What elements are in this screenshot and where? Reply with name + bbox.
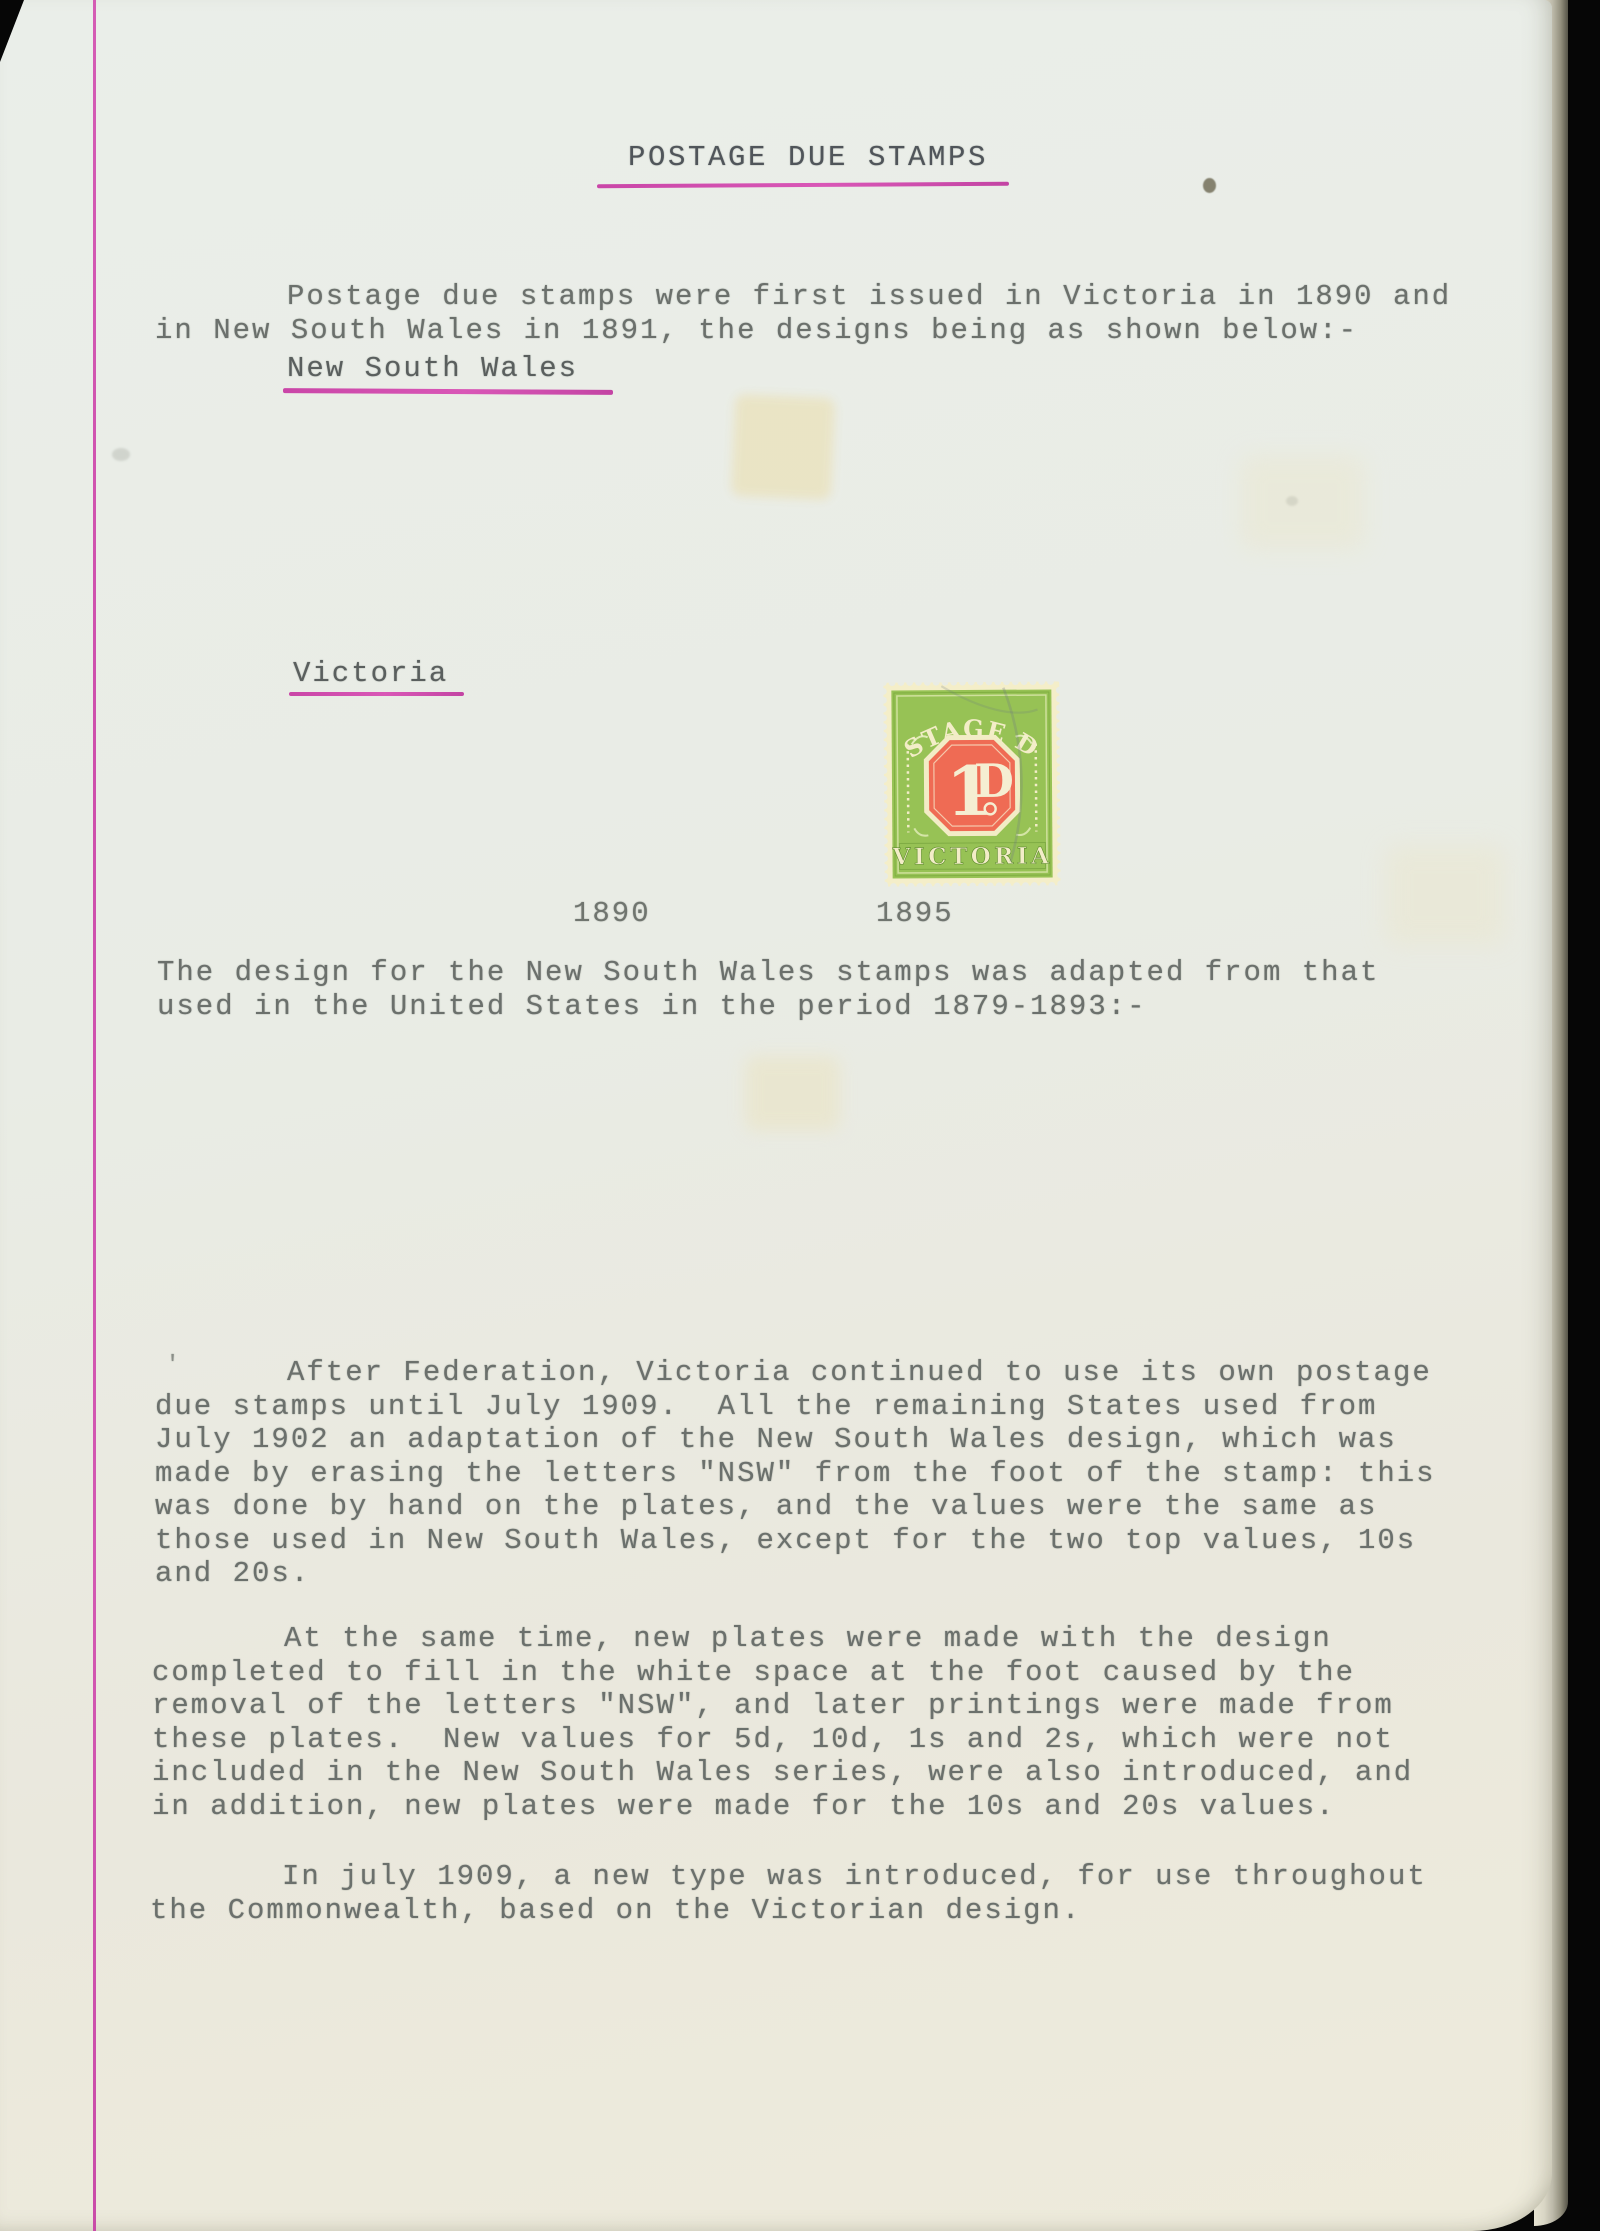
heading-new-south-wales: New South Wales bbox=[287, 352, 578, 386]
heading-underline-nsw bbox=[283, 388, 613, 395]
page-stain bbox=[1385, 845, 1505, 945]
page-title: POSTAGE DUE STAMPS bbox=[628, 141, 988, 175]
ink-speck bbox=[1286, 496, 1298, 506]
victoria-stamp-image: POSTAGE DUE 1 D VICTORIA bbox=[883, 681, 1060, 886]
federation-paragraph: After Federation, Victoria continued to … bbox=[155, 1356, 1436, 1591]
ink-speck bbox=[112, 448, 130, 461]
plates-paragraph: At the same time, new plates were made w… bbox=[152, 1622, 1413, 1823]
tape-stain bbox=[731, 394, 835, 500]
caption-1890: 1890 bbox=[573, 897, 651, 931]
july-1909-paragraph: In july 1909, a new type was introduced,… bbox=[150, 1860, 1427, 1927]
heading-victoria: Victoria bbox=[293, 657, 448, 691]
design-paragraph: The design for the New South Wales stamp… bbox=[157, 956, 1379, 1023]
page-stain bbox=[745, 1056, 840, 1131]
title-underline bbox=[597, 182, 1009, 189]
stamp-value-letter: D bbox=[974, 754, 1014, 808]
stamp-bottom-text: VICTORIA bbox=[892, 842, 1053, 870]
margin-line bbox=[93, 0, 96, 2231]
stamp-svg: POSTAGE DUE 1 D VICTORIA bbox=[883, 681, 1060, 886]
intro-paragraph: Postage due stamps were first issued in … bbox=[155, 280, 1451, 347]
caption-1895: 1895 bbox=[876, 897, 954, 931]
heading-underline-victoria bbox=[289, 692, 464, 696]
page-stain bbox=[1240, 455, 1365, 550]
album-page: POSTAGE DUE STAMPS Postage due stamps we… bbox=[0, 0, 1552, 2231]
ink-speck bbox=[1203, 178, 1216, 193]
